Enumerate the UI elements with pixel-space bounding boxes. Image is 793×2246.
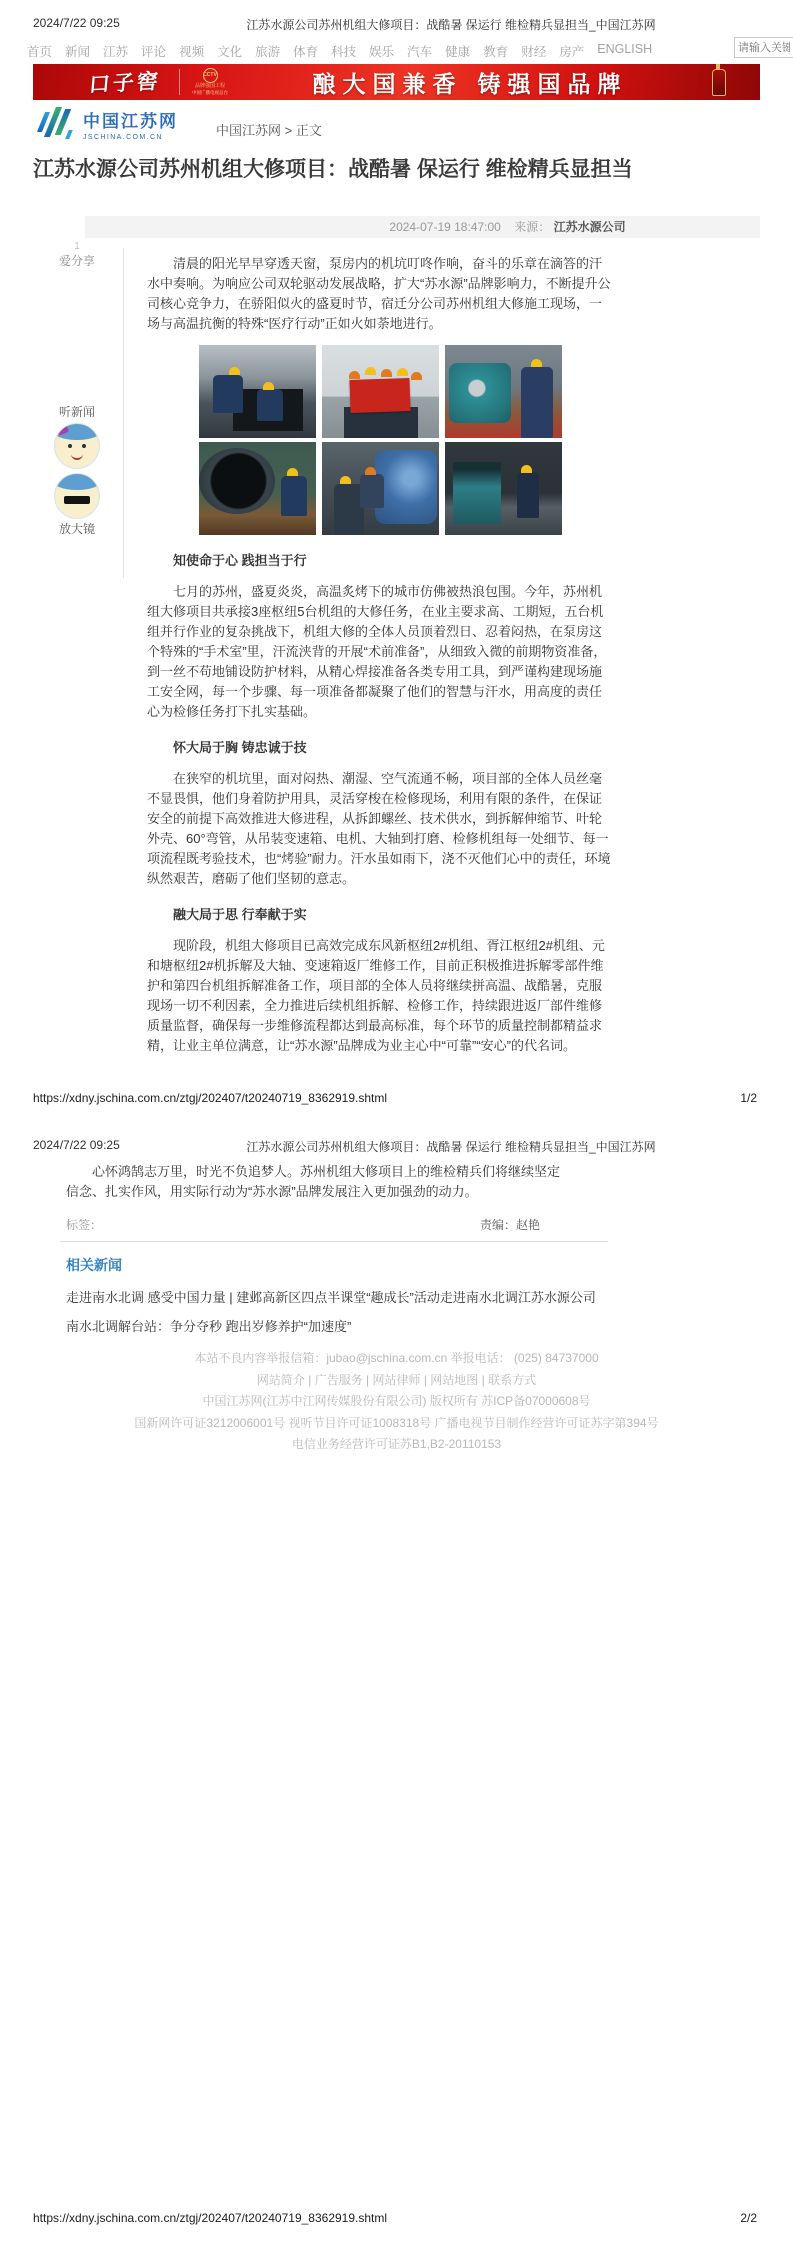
source-name: 江苏水源公司	[554, 220, 626, 234]
paragraph: 心怀鸿鹄志万里，时光不负追梦人。苏州机组大修项目上的维检精兵们将继续坚定信念、扎…	[66, 1162, 566, 1202]
nav-item-sports[interactable]: 体育	[293, 42, 318, 60]
print-header-page1: 2024/7/22 09:25 江苏水源公司苏州机组大修项目：战酷暑 保运行 维…	[33, 16, 757, 31]
article-meta-row: 标签： 责编：赵艳	[66, 1216, 540, 1233]
print-header-page2: 2024/7/22 09:25 江苏水源公司苏州机组大修项目：战酷暑 保运行 维…	[33, 1138, 757, 1153]
banner-divider	[179, 69, 180, 95]
nav-item-travel[interactable]: 旅游	[255, 42, 280, 60]
nav-item-auto[interactable]: 汽车	[407, 42, 432, 60]
banner-slogan: 酿大国兼香 铸强国品牌	[228, 66, 712, 99]
jschina-logo-text[interactable]: 中国江苏网 JSCHINA.COM.CN	[83, 107, 178, 141]
print-doc-title: 江苏水源公司苏州机组大修项目：战酷暑 保运行 维检精兵显担当_中国江苏网	[33, 1138, 757, 1155]
nav-item-home[interactable]: 首页	[27, 42, 52, 60]
footer-links-line[interactable]: 网站简介 | 广告服务 | 网站律师 | 网站地图 | 联系方式	[0, 1370, 793, 1392]
nav-item-realestate[interactable]: 房产	[559, 42, 584, 60]
site-footer: 本站不良内容举报信箱：jubao@jschina.com.cn 举报电话： (0…	[0, 1348, 793, 1456]
print-footer-page2: https://xdny.jschina.com.cn/ztgj/202407/…	[33, 2211, 757, 2225]
publish-time: 2024-07-19 18:47:00	[389, 220, 500, 234]
article-photo-2	[322, 345, 439, 438]
listen-news-mascot-icon[interactable]	[54, 423, 100, 469]
print-footer-page1: https://xdny.jschina.com.cn/ztgj/202407/…	[33, 1091, 757, 1105]
section-heading-1: 知使命于心 践担当于行	[147, 551, 613, 571]
nav-item-comment[interactable]: 评论	[141, 42, 166, 60]
magnifier-mascot-icon[interactable]	[54, 473, 100, 519]
nav-item-health[interactable]: 健康	[445, 42, 470, 60]
search-input[interactable]	[734, 37, 793, 58]
article-photo-4	[199, 442, 316, 535]
article-photo-grid	[199, 345, 562, 535]
article-photo-1	[199, 345, 316, 438]
article-photo-6	[445, 442, 562, 535]
article-photo-3	[445, 345, 562, 438]
print-timestamp: 2024/7/22 09:25	[33, 16, 120, 30]
ad-banner[interactable]: 口子窖 CCTV 品牌强国工程 中国广播电视总台 酿大国兼香 铸强国品牌	[33, 64, 760, 100]
related-news-title: 相关新闻	[66, 1255, 706, 1275]
nav-item-english[interactable]: ENGLISH	[597, 42, 652, 60]
article-title: 江苏水源公司苏州机组大修项目：战酷暑 保运行 维检精兵显担当	[33, 155, 653, 184]
share-count: 1	[33, 242, 121, 252]
article-body: 清晨的阳光早早穿透天窗，泵房内的机坑叮咚作响，奋斗的乐章在滴答的汗水中奏响。为响…	[147, 254, 613, 1067]
site-header: 中国江苏网 JSCHINA.COM.CN 中国江苏网 > 正文	[40, 106, 322, 142]
print-preview-page: 2024/7/22 09:25 江苏水源公司苏州机组大修项目：战酷暑 保运行 维…	[0, 0, 793, 2246]
paragraph: 现阶段，机组大修项目已高效完成东风新枢纽2#机组、胥江枢纽2#机组、元和塘枢纽2…	[147, 936, 613, 1056]
tags-label: 标签：	[66, 1216, 102, 1233]
breadcrumb[interactable]: 中国江苏网 > 正文	[216, 110, 322, 139]
editor-credit: 责编：赵艳	[480, 1216, 540, 1233]
footer-license-line: 国新网许可证3212006001号 视听节目许可证1008318号 广播电视节目…	[0, 1413, 793, 1435]
print-page-number: 2/2	[740, 2211, 757, 2225]
nav-item-jiangsu[interactable]: 江苏	[103, 42, 128, 60]
editor-name: 赵艳	[516, 1218, 540, 1232]
section-heading-2: 怀大局于胸 铸忠诚于技	[147, 738, 613, 758]
listen-news-label: 听新闻	[33, 406, 121, 419]
article-meta-bar: 2024-07-19 18:47:00 来源： 江苏水源公司	[85, 216, 760, 238]
print-doc-title: 江苏水源公司苏州机组大修项目：战酷暑 保运行 维检精兵显担当_中国江苏网	[33, 16, 757, 33]
liquor-bottle-icon	[712, 69, 726, 96]
nav-item-finance[interactable]: 财经	[521, 42, 546, 60]
footer-telecom-line: 电信业务经营许可证苏B1,B2-20110153	[0, 1434, 793, 1456]
share-label: 爱分享	[59, 254, 95, 268]
cctv-badge-icon: CCTV 品牌强国工程 中国广播电视总台	[192, 68, 228, 95]
source-label: 来源：	[514, 220, 550, 234]
related-news-link[interactable]: 走进南水北调 感受中国力量 | 建邺高新区四点半课堂“趣成长”活动走进南水北调江…	[66, 1288, 706, 1308]
print-page-number: 1/2	[740, 1091, 757, 1105]
reader-tools: 听新闻 放大镜	[33, 406, 121, 536]
article-photo-5	[322, 442, 439, 535]
paragraph: 清晨的阳光早早穿透天窗，泵房内的机坑叮咚作响，奋斗的乐章在滴答的汗水中奏响。为响…	[147, 254, 613, 334]
sidebar-divider	[123, 248, 124, 578]
nav-item-culture[interactable]: 文化	[217, 42, 242, 60]
article-body-continued: 心怀鸿鹄志万里，时光不负追梦人。苏州机组大修项目上的维检精兵们将继续坚定信念、扎…	[66, 1162, 566, 1202]
section-divider	[60, 1241, 608, 1242]
nav-item-tech[interactable]: 科技	[331, 42, 356, 60]
related-news-link[interactable]: 南水北调解台站：争分夺秒 跑出岁修养护“加速度”	[66, 1317, 706, 1337]
nav-item-video[interactable]: 视频	[179, 42, 204, 60]
kouzijiao-brand-logo: 口子窖	[88, 65, 163, 99]
paragraph: 七月的苏州，盛夏炎炎，高温炙烤下的城市仿佛被热浪包围。今年，苏州机组大修项目共承…	[147, 582, 613, 722]
jschina-logo-icon[interactable]	[40, 106, 74, 142]
print-url: https://xdny.jschina.com.cn/ztgj/202407/…	[33, 1091, 387, 1105]
print-timestamp: 2024/7/22 09:25	[33, 1138, 120, 1152]
share-widget[interactable]: 1 爱分享	[33, 242, 121, 269]
footer-copyright-line: 中国江苏网(江苏中江网传媒股份有限公司) 版权所有 苏ICP备07000608号	[0, 1391, 793, 1413]
print-url: https://xdny.jschina.com.cn/ztgj/202407/…	[33, 2211, 387, 2225]
related-news: 相关新闻 走进南水北调 感受中国力量 | 建邺高新区四点半课堂“趣成长”活动走进…	[66, 1255, 706, 1346]
paragraph: 在狭窄的机坑里，面对闷热、潮湿、空气流通不畅，项目部的全体人员丝毫不显畏惧，他们…	[147, 769, 613, 889]
nav-item-news[interactable]: 新闻	[65, 42, 90, 60]
nav-item-education[interactable]: 教育	[483, 42, 508, 60]
section-heading-3: 融大局于思 行奉献于实	[147, 905, 613, 925]
top-nav: 首页 新闻 江苏 评论 视频 文化 旅游 体育 科技 娱乐 汽车 健康 教育 财…	[27, 42, 652, 60]
nav-item-entertainment[interactable]: 娱乐	[369, 42, 394, 60]
magnifier-label: 放大镜	[33, 523, 121, 536]
footer-report-line: 本站不良内容举报信箱：jubao@jschina.com.cn 举报电话： (0…	[0, 1348, 793, 1370]
